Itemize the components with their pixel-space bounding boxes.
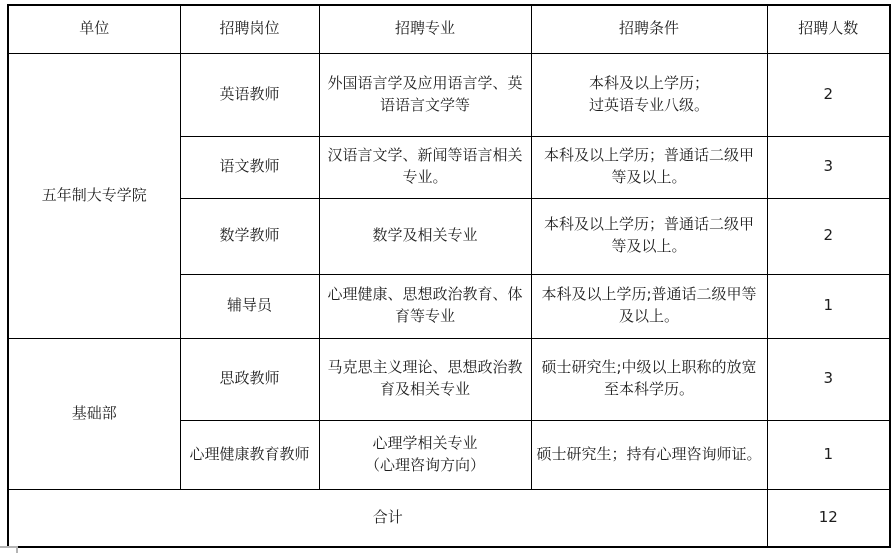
recruitment-table: 单位 招聘岗位 招聘专业 招聘条件 招聘人数 五年制大专学院 英语教师 外国语言… <box>7 4 891 548</box>
cell-position: 数学教师 <box>180 198 319 274</box>
cell-count: 3 <box>767 136 890 198</box>
document-page: 单位 招聘岗位 招聘专业 招聘条件 招聘人数 五年制大专学院 英语教师 外国语言… <box>0 0 894 553</box>
cell-position: 英语教师 <box>180 53 319 136</box>
cell-position: 辅导员 <box>180 274 319 338</box>
table-resize-handle-icon <box>0 546 18 553</box>
cell-conditions: 本科及以上学历；普通话二级甲 等及以上。 <box>531 198 767 274</box>
column-header-count: 招聘人数 <box>767 5 890 53</box>
cell-major: 心理学相关专业 （心理咨询方向） <box>319 420 531 489</box>
cell-conditions: 本科及以上学历； 过英语专业八级。 <box>531 53 767 136</box>
cell-position: 思政教师 <box>180 338 319 420</box>
cell-major: 心理健康、思想政治教育、体 育等专业 <box>319 274 531 338</box>
handle-vertical-line <box>16 546 18 553</box>
cell-count: 1 <box>767 420 890 489</box>
total-label: 合计 <box>8 489 767 547</box>
table-row: 五年制大专学院 英语教师 外国语言学及应用语言学、英 语语言文学等 本科及以上学… <box>8 53 890 136</box>
cell-major: 马克思主义理论、思想政治教 育及相关专业 <box>319 338 531 420</box>
cell-conditions: 本科及以上学历；普通话二级甲 等及以上。 <box>531 136 767 198</box>
total-row: 合计 12 <box>8 489 890 547</box>
cell-major: 外国语言学及应用语言学、英 语语言文学等 <box>319 53 531 136</box>
cell-count: 2 <box>767 53 890 136</box>
unit-cell-group2: 基础部 <box>8 338 180 489</box>
cell-count: 1 <box>767 274 890 338</box>
table-header-row: 单位 招聘岗位 招聘专业 招聘条件 招聘人数 <box>8 5 890 53</box>
cell-conditions: 硕士研究生;中级以上职称的放宽 至本科学历。 <box>531 338 767 420</box>
column-header-position: 招聘岗位 <box>180 5 319 53</box>
cell-count: 3 <box>767 338 890 420</box>
unit-cell-group1: 五年制大专学院 <box>8 53 180 338</box>
cell-major: 数学及相关专业 <box>319 198 531 274</box>
column-header-unit: 单位 <box>8 5 180 53</box>
cell-position: 语文教师 <box>180 136 319 198</box>
cell-conditions: 本科及以上学历;普通话二级甲等 及以上。 <box>531 274 767 338</box>
column-header-conditions: 招聘条件 <box>531 5 767 53</box>
table-row: 基础部 思政教师 马克思主义理论、思想政治教 育及相关专业 硕士研究生;中级以上… <box>8 338 890 420</box>
cell-major: 汉语言文学、新闻等语言相关 专业。 <box>319 136 531 198</box>
column-header-major: 招聘专业 <box>319 5 531 53</box>
cell-position: 心理健康教育教师 <box>180 420 319 489</box>
cell-count: 2 <box>767 198 890 274</box>
total-value: 12 <box>767 489 890 547</box>
cell-conditions: 硕士研究生；持有心理咨询师证。 <box>531 420 767 489</box>
